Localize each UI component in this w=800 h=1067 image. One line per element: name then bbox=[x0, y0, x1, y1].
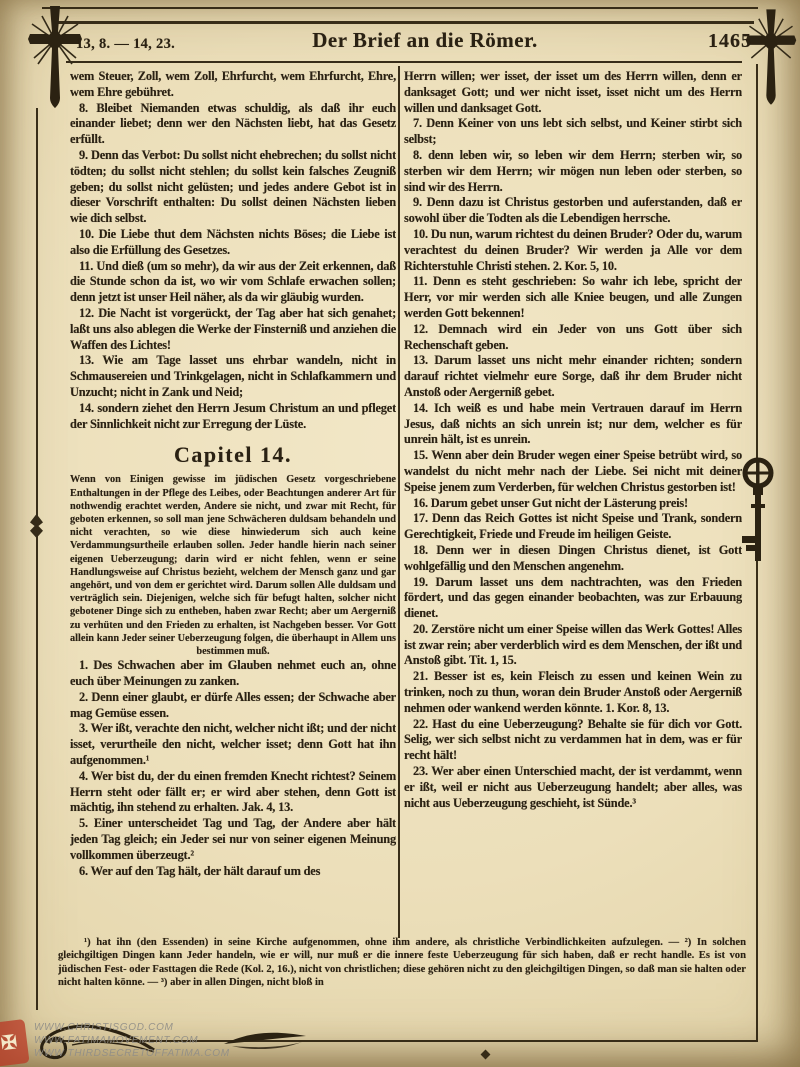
verse-paragraph: 20. Zerstöre nicht um einer Speise wille… bbox=[404, 622, 742, 669]
left-border-ornament bbox=[30, 514, 43, 538]
chapter-heading: Capitel 14. bbox=[70, 442, 396, 468]
verse-paragraph: 9. Denn dazu ist Christus gestorben und … bbox=[404, 195, 742, 227]
verse-paragraph: 8. Bleibet Niemanden etwas schuldig, als… bbox=[70, 101, 396, 148]
verse-paragraph: 4. Wer bist du, der du einen fremden Kne… bbox=[70, 769, 396, 816]
verse-paragraph: 6. Wer auf den Tag hält, der hält darauf… bbox=[70, 864, 396, 880]
verse-paragraph: 13. Darum lasset uns nicht mehr einander… bbox=[404, 353, 742, 400]
verse-paragraph: 15. Wenn aber dein Bruder wegen einer Sp… bbox=[404, 448, 742, 495]
page-title: Der Brief an die Römer. bbox=[90, 30, 760, 51]
verse-paragraph: 16. Darum gebet unser Gut nicht der Läst… bbox=[404, 496, 742, 512]
verse-paragraph: 10. Du nun, warum richtest du deinen Bru… bbox=[404, 227, 742, 274]
verse-paragraph: Herrn willen; wer isset, der isset um de… bbox=[404, 69, 742, 116]
column-divider-rule bbox=[398, 66, 400, 938]
watermark-url: WWW.FATIMAMOVEMENT.COM bbox=[34, 1036, 198, 1046]
leaf-flourish-ornament bbox=[222, 1028, 308, 1052]
verse-paragraph: 21. Besser ist es, kein Fleisch zu essen… bbox=[404, 669, 742, 716]
verse-paragraph: 14. Ich weiß es und habe mein Vertrauen … bbox=[404, 401, 742, 448]
verse-paragraph: 23. Wer aber einen Unterschied macht, de… bbox=[404, 764, 742, 811]
left-text-column: wem Steuer, Zoll, wem Zoll, Ehrfurcht, w… bbox=[70, 69, 396, 941]
top-thick-rule bbox=[56, 21, 754, 24]
cross-ornament-top-right bbox=[742, 2, 800, 114]
verse-paragraph: 1. Des Schwachen aber im Glauben nehmet … bbox=[70, 658, 396, 690]
verse-paragraph: 10. Die Liebe thut dem Nächsten nichts B… bbox=[70, 227, 396, 259]
verse-paragraph: 13. Wie am Tage lasset uns ehrbar wandel… bbox=[70, 353, 396, 400]
footnote-text: ¹) hat ihn (den Essenden) in seine Kirch… bbox=[58, 936, 746, 989]
watermark-url: WWW.THIRDSECRETOFFATIMA.COM bbox=[34, 1049, 230, 1059]
verse-paragraph: 18. Denn wer in diesen Dingen Christus d… bbox=[404, 543, 742, 575]
page-number: 1465 bbox=[708, 31, 752, 51]
verse-paragraph: 3. Wer ißt, verachte den nicht, welcher … bbox=[70, 721, 396, 768]
top-thin-rule bbox=[42, 7, 758, 9]
left-border-rule bbox=[36, 108, 38, 1010]
verse-paragraph: 14. sondern ziehet den Herrn Jesum Chris… bbox=[70, 401, 396, 433]
verse-paragraph: 12. Demnach wird ein Jeder von uns Gott … bbox=[404, 322, 742, 354]
verse-paragraph: 17. Denn das Reich Gottes ist nicht Spei… bbox=[404, 511, 742, 543]
verse-paragraph: wem Steuer, Zoll, wem Zoll, Ehrfurcht, w… bbox=[70, 69, 396, 101]
verse-paragraph: 9. Denn das Verbot: Du sollst nicht eheb… bbox=[70, 148, 396, 227]
verse-paragraph: 8. denn leben wir, so leben wir dem Herr… bbox=[404, 148, 742, 195]
header-underline-rule bbox=[66, 61, 742, 63]
key-ornament bbox=[740, 452, 776, 570]
chapter-summary: Wenn von Einigen gewisse im jüdischen Ge… bbox=[70, 473, 396, 658]
verse-paragraph: 11. Denn es steht geschrieben: So wahr i… bbox=[404, 274, 742, 321]
verse-paragraph: 22. Hast du eine Ueberzeugung? Behalte s… bbox=[404, 717, 742, 764]
verse-paragraph: 7. Denn Keiner von uns lebt sich selbst,… bbox=[404, 116, 742, 148]
diamond-ornament bbox=[481, 1050, 491, 1060]
cross-glyph-icon: ✠ bbox=[0, 1033, 18, 1054]
verse-paragraph: 12. Die Nacht ist vorgerückt, der Tag ab… bbox=[70, 306, 396, 353]
watermark-url: WWW.CHRISTISGOD.COM bbox=[34, 1023, 174, 1033]
verse-paragraph: 11. Und dieß (um so mehr), da wir aus de… bbox=[70, 259, 396, 306]
book-page-scan: 13, 8. — 14, 23. Der Brief an die Römer.… bbox=[0, 0, 800, 1067]
footnotes-block: ¹) hat ihn (den Essenden) in seine Kirch… bbox=[58, 936, 746, 1012]
red-seal-stamp: ✠ bbox=[0, 1019, 30, 1067]
verse-paragraph: 5. Einer unterscheidet Tag und Tag, der … bbox=[70, 816, 396, 863]
verse-paragraph: 2. Denn einer glaubt, er dürfe Alles ess… bbox=[70, 690, 396, 722]
verse-paragraph: 19. Darum lasset uns dem nachtrachten, w… bbox=[404, 575, 742, 622]
right-text-column: Herrn willen; wer isset, der isset um de… bbox=[404, 69, 742, 941]
